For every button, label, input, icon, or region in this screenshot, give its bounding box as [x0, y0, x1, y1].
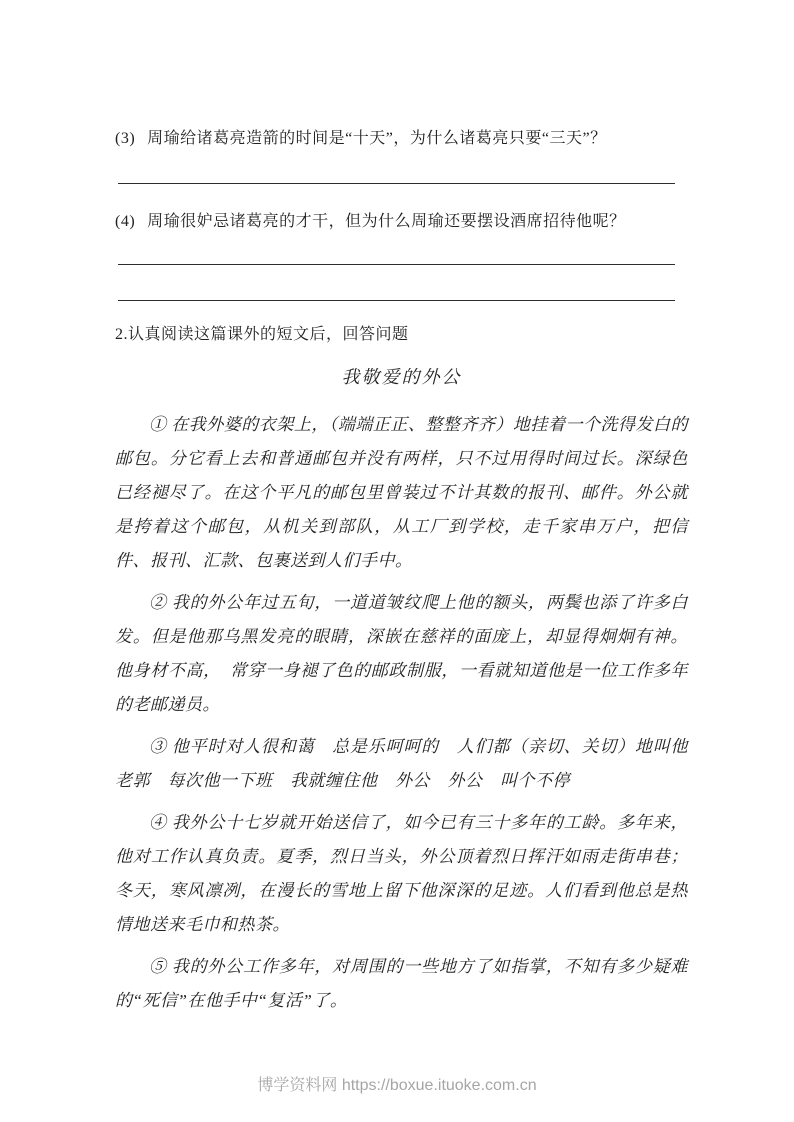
reading-passage: ① 在我外婆的衣架上，（端端正正、整整齐齐）地挂着一个洗得发白的邮包。分它看上去…	[115, 408, 688, 1018]
passage-paragraph-2: ② 我的外公年过五旬，一道道皱纹爬上他的额头，两鬓也添了许多白发。但是他那乌黑发…	[115, 586, 688, 722]
question-3-number: (3)	[115, 130, 135, 147]
section-2-heading: 2.认真阅读这篇课外的短文后，回答问题	[115, 324, 688, 346]
question-4: (4)周瑜很妒忌诸葛亮的才干，但为什么周瑜还要摆设酒席招待他呢？	[115, 211, 688, 233]
worksheet-page: (3)周瑜给诸葛亮造箭的时间是“十天”，为什么诸葛亮只要“三天”？ (4)周瑜很…	[0, 0, 794, 1122]
passage-paragraph-5: ⑤ 我的外公工作多年，对周围的一些地方了如指掌，不知有多少疑难的“死信”在他手中…	[115, 950, 688, 1018]
answer-line-q4-2	[118, 300, 675, 301]
footer-watermark: 博学资料网 https://boxue.ituoke.com.cn	[0, 1076, 794, 1096]
passage-title: 我敬爱的外公	[115, 365, 688, 389]
question-4-number: (4)	[115, 213, 135, 230]
answer-line-q4-1	[118, 264, 675, 265]
question-3-text: 周瑜给诸葛亮造箭的时间是“十天”，为什么诸葛亮只要“三天”？	[147, 130, 606, 147]
passage-paragraph-1: ① 在我外婆的衣架上，（端端正正、整整齐齐）地挂着一个洗得发白的邮包。分它看上去…	[115, 408, 688, 578]
passage-paragraph-4: ④ 我外公十七岁就开始送信了，如今已有三十多年的工龄。多年来，他对工作认真负责。…	[115, 806, 688, 942]
question-3: (3)周瑜给诸葛亮造箭的时间是“十天”，为什么诸葛亮只要“三天”？	[115, 128, 688, 150]
passage-paragraph-3: ③ 他平时对人很和蔼 总是乐呵呵的 人们都（亲切、关切）地叫他 老郭 每次他一下…	[115, 730, 688, 798]
question-4-text: 周瑜很妒忌诸葛亮的才干，但为什么周瑜还要摆设酒席招待他呢？	[147, 213, 626, 230]
answer-line-q3	[118, 183, 675, 184]
